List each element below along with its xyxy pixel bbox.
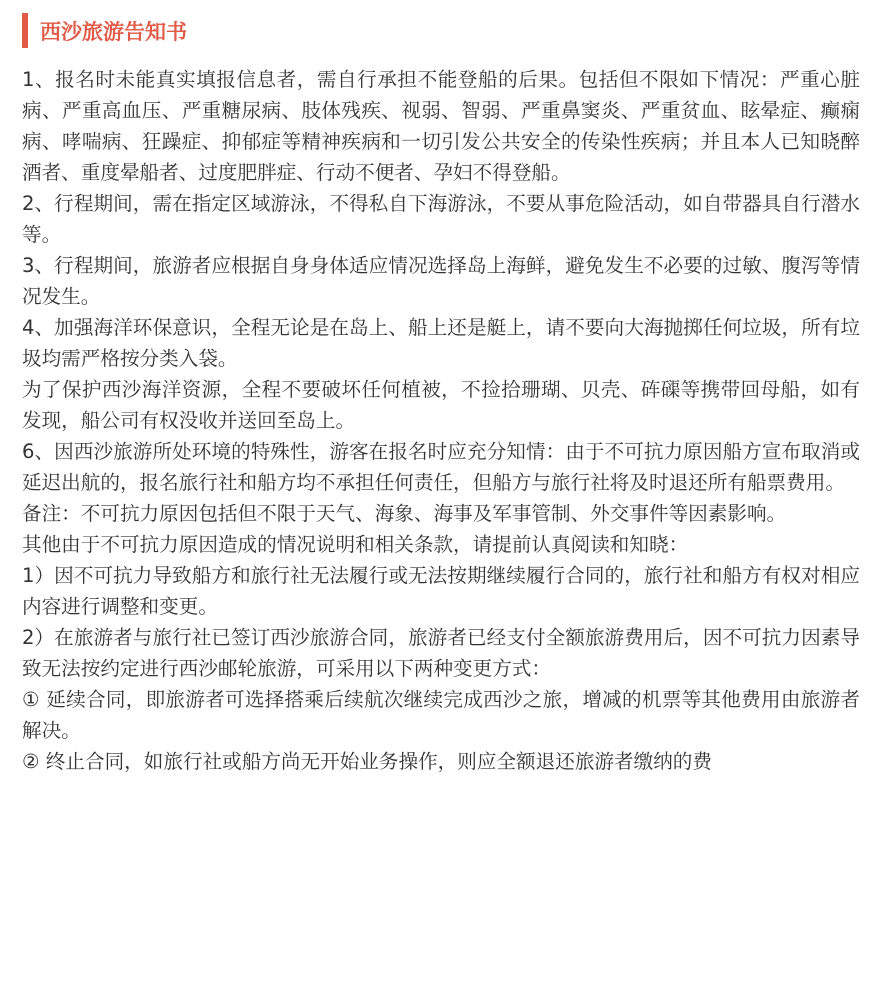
- section-header: 西沙旅游告知书: [22, 13, 187, 48]
- paragraph-6: 6、因西沙旅游所处环境的特殊性，游客在报名时应充分知情：由于不可抗力原因船方宣布…: [22, 436, 860, 498]
- paragraph-4: 4、加强海洋环保意识，全程无论是在岛上、船上还是艇上，请不要向大海抛掷任何垃圾，…: [22, 312, 860, 374]
- paragraph-option-2: ② 终止合同，如旅行社或船方尚无开始业务操作，则应全额退还旅游者缴纳的费: [22, 746, 860, 777]
- paragraph-note: 备注：不可抗力原因包括但不限于天气、海象、海事及军事管制、外交事件等因素影响。: [22, 498, 860, 529]
- page-title: 西沙旅游告知书: [40, 16, 187, 46]
- paragraph-clause-2: 2）在旅游者与旅行社已签订西沙旅游合同，旅游者已经支付全额旅游费用后，因不可抗力…: [22, 622, 860, 684]
- paragraph-3: 3、行程期间，旅游者应根据自身身体适应情况选择岛上海鲜，避免发生不必要的过敏、腹…: [22, 250, 860, 312]
- paragraph-2: 2、行程期间，需在指定区域游泳，不得私自下海游泳，不要从事危险活动，如自带器具自…: [22, 188, 860, 250]
- paragraph-1: 1、报名时未能真实填报信息者，需自行承担不能登船的后果。包括但不限如下情况：严重…: [22, 64, 860, 188]
- accent-bar: [22, 13, 28, 48]
- notice-body: 1、报名时未能真实填报信息者，需自行承担不能登船的后果。包括但不限如下情况：严重…: [22, 64, 860, 777]
- paragraph-option-1: ① 延续合同，即旅游者可选择搭乘后续航次继续完成西沙之旅，增减的机票等其他费用由…: [22, 684, 860, 746]
- paragraph-clause-1: 1）因不可抗力导致船方和旅行社无法履行或无法按期继续履行合同的，旅行社和船方有权…: [22, 560, 860, 622]
- paragraph-other: 其他由于不可抗力原因造成的情况说明和相关条款，请提前认真阅读和知晓：: [22, 529, 860, 560]
- paragraph-5: 为了保护西沙海洋资源，全程不要破坏任何植被，不捡拾珊瑚、贝壳、砗磲等携带回母船，…: [22, 374, 860, 436]
